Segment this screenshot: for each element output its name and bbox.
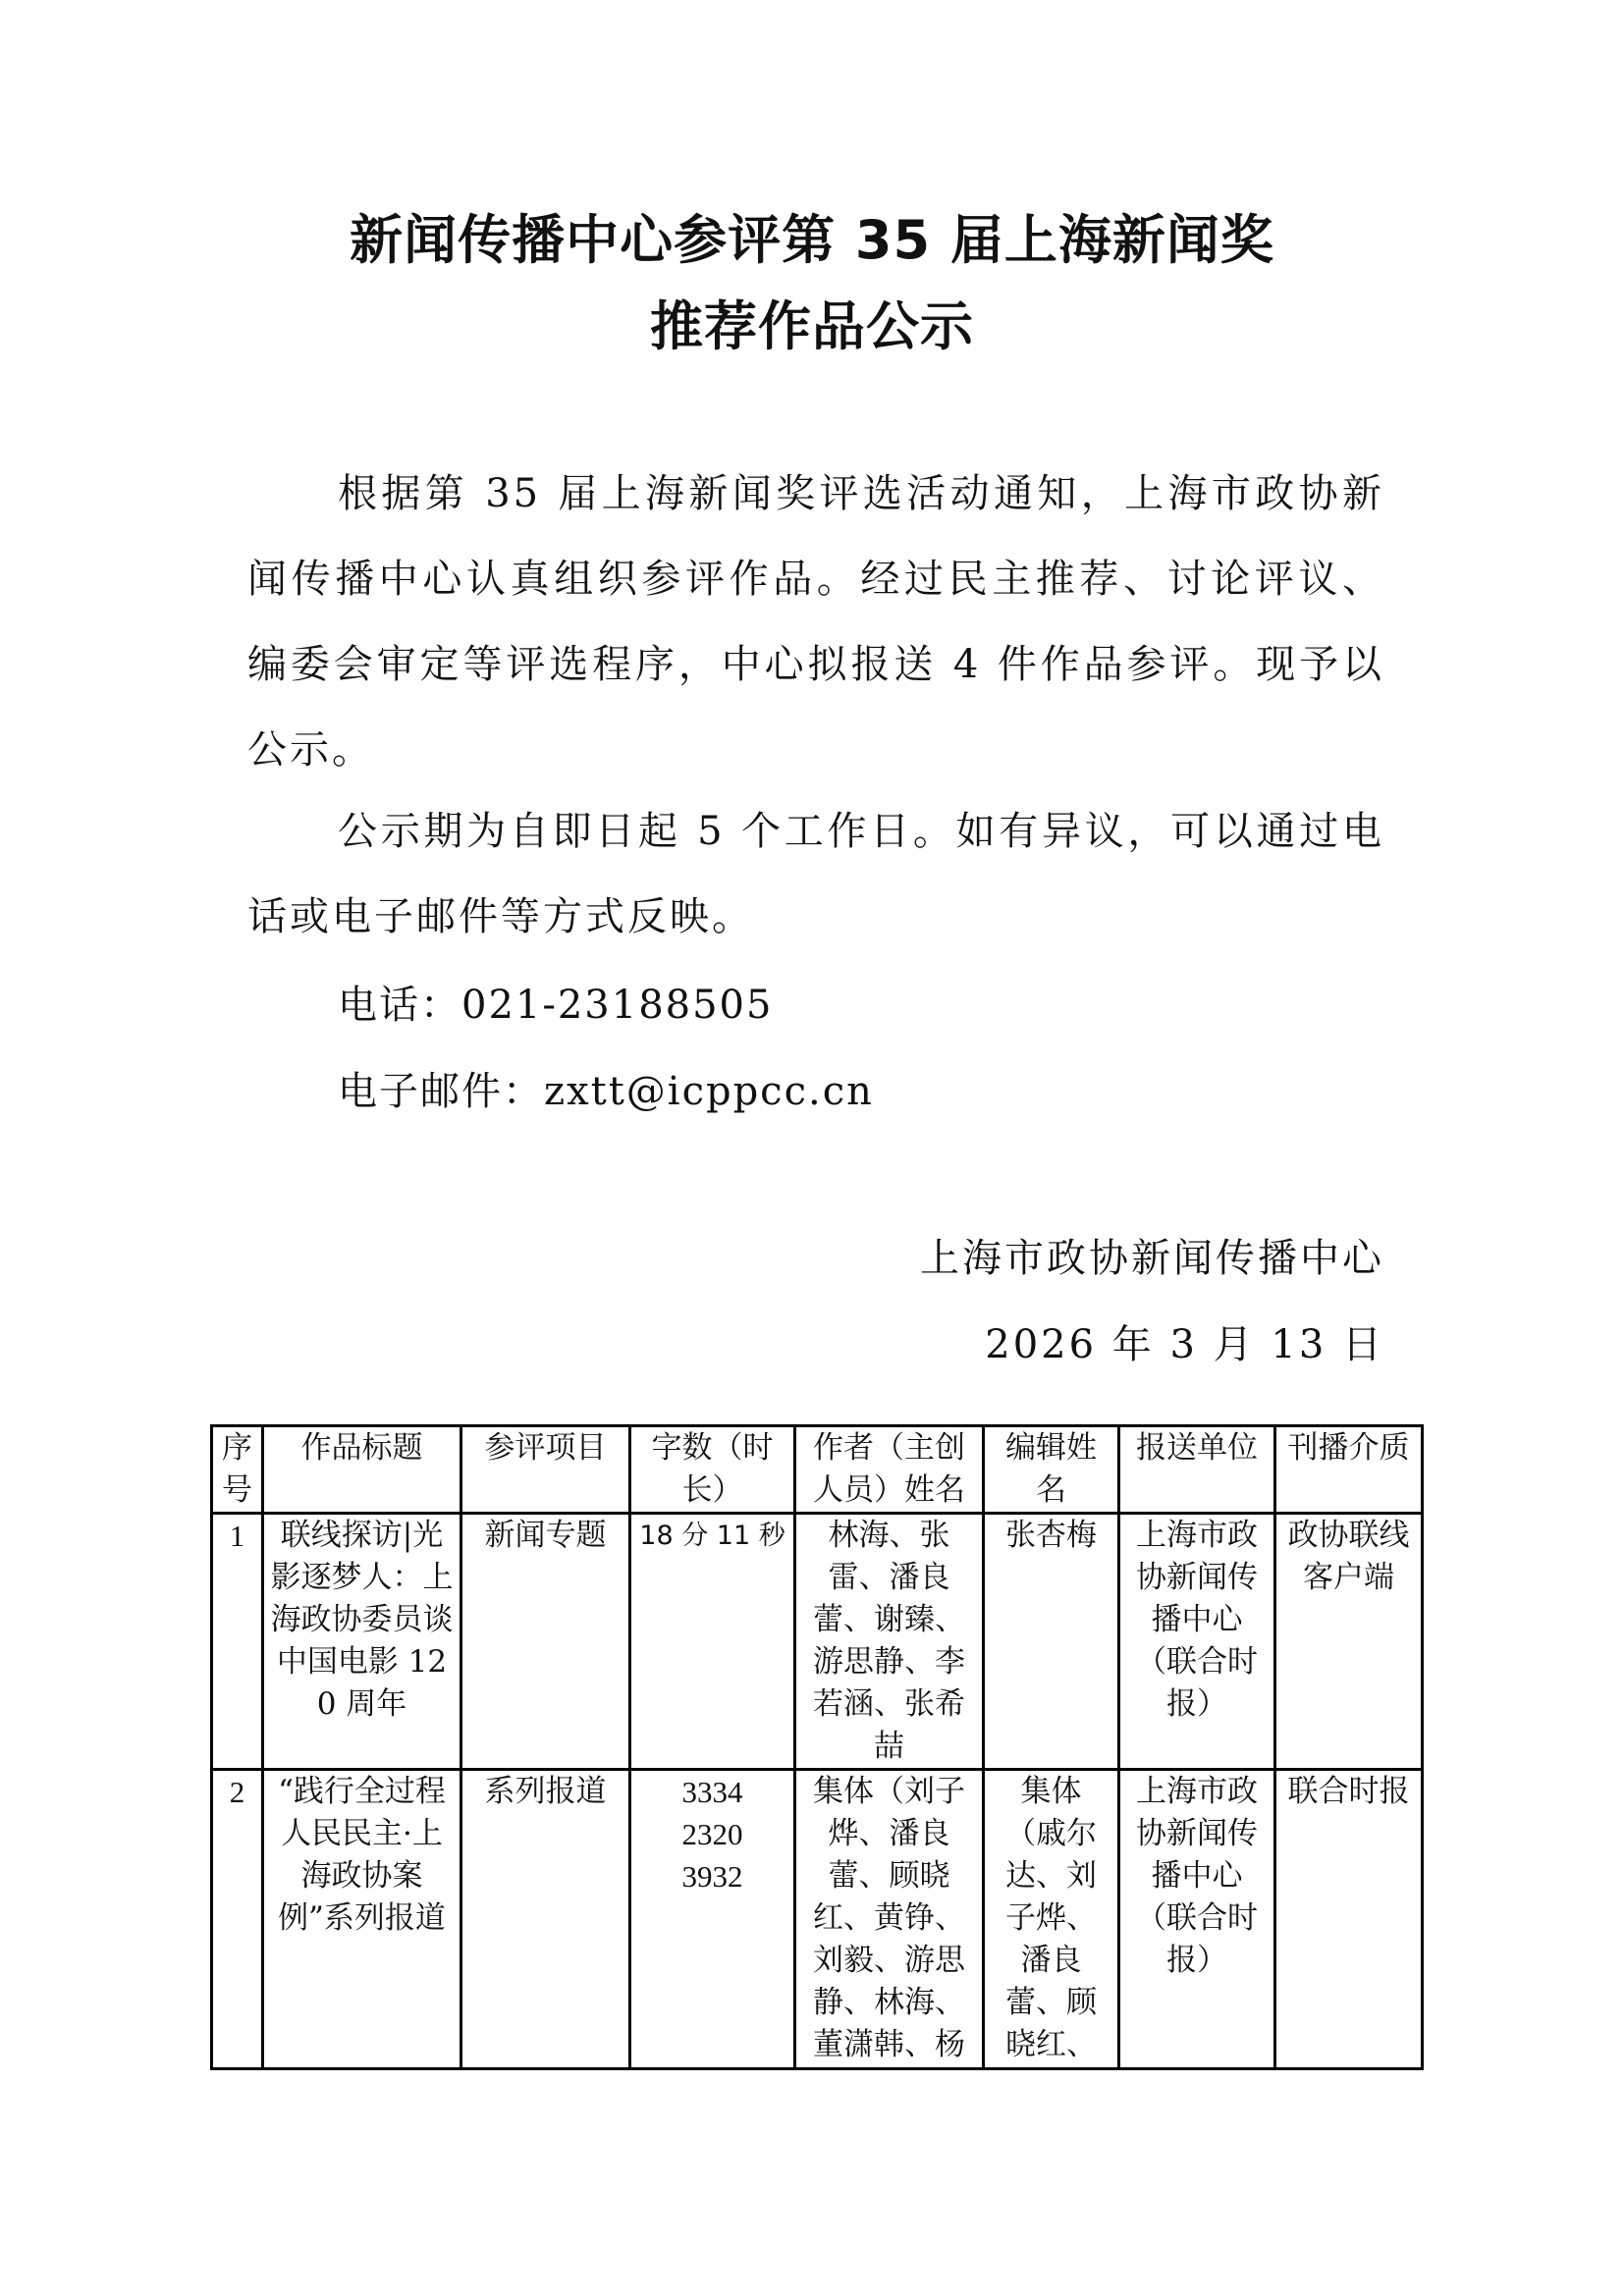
- header-title: 作品标题: [263, 1426, 461, 1514]
- cell-unit: 上海市政协新闻传播中心（联合时报）: [1119, 1514, 1275, 1770]
- length-part-1: 3334: [637, 1771, 787, 1813]
- signature-date: 2026 年 3 月 13 日: [985, 1325, 1384, 1364]
- objection-paragraph: 公示期为自即日起 5 个工作日。如有异议，可以通过电话或电子邮件等方式反映。: [247, 789, 1384, 960]
- cell-length: 18 分 11 秒: [630, 1514, 795, 1770]
- cell-category: 系列报道: [461, 1770, 630, 2069]
- cell-no: 1: [212, 1514, 263, 1770]
- length-part-2: 2320: [637, 1813, 787, 1855]
- header-unit: 报送单位: [1119, 1426, 1275, 1514]
- page-title: 新闻传播中心参评第 35 届上海新闻奖: [0, 214, 1624, 267]
- cell-no: 2: [212, 1770, 263, 2069]
- header-no: 序号: [212, 1426, 263, 1514]
- cell-medium: 政协联线客户端: [1275, 1514, 1423, 1770]
- cell-authors: 集体（刘子烨、潘良蕾、顾晓红、黄铮、刘毅、游思静、林海、董潇韩、杨: [795, 1770, 984, 2069]
- header-editors: 编辑姓名: [984, 1426, 1119, 1514]
- header-category: 参评项目: [461, 1426, 630, 1514]
- header-medium: 刊播介质: [1275, 1426, 1423, 1514]
- cell-category: 新闻专题: [461, 1514, 630, 1770]
- cell-editors: 集体（戚尔达、刘子烨、潘良蕾、顾晓红、: [984, 1770, 1119, 2069]
- contact-email: 电子邮件：zxtt@icppcc.cn: [338, 1072, 874, 1111]
- signature-organization: 上海市政协新闻传播中心: [920, 1239, 1384, 1278]
- table-row: 2 “践行全过程人民民主·上海政协案例”系列报道 系列报道 3334 2320 …: [212, 1770, 1423, 2069]
- page-subtitle: 推荐作品公示: [0, 300, 1624, 353]
- cell-title: “践行全过程人民民主·上海政协案例”系列报道: [263, 1770, 461, 2069]
- header-authors: 作者（主创人员）姓名: [795, 1426, 984, 1514]
- cell-medium: 联合时报: [1275, 1770, 1423, 2069]
- cell-title: 联线探访|光影逐梦人：上海政协委员谈中国电影 120 周年: [263, 1514, 461, 1770]
- cell-length: 3334 2320 3932: [630, 1770, 795, 2069]
- cell-authors: 林海、张雷、潘良蕾、谢臻、游思静、李若涵、张希喆: [795, 1514, 984, 1770]
- header-length: 字数（时长）: [630, 1426, 795, 1514]
- table-row: 1 联线探访|光影逐梦人：上海政协委员谈中国电影 120 周年 新闻专题 18 …: [212, 1514, 1423, 1770]
- nominated-works-table: 序号 作品标题 参评项目 字数（时长） 作者（主创人员）姓名 编辑姓名 报送单位…: [210, 1424, 1424, 2070]
- contact-phone: 电话：021-23188505: [338, 986, 773, 1025]
- cell-editors: 张杏梅: [984, 1514, 1119, 1770]
- length-part-3: 3932: [637, 1855, 787, 1897]
- cell-unit: 上海市政协新闻传播中心（联合时报）: [1119, 1770, 1275, 2069]
- intro-paragraph: 根据第 35 届上海新闻奖评选活动通知，上海市政协新闻传播中心认真组织参评作品。…: [247, 452, 1384, 793]
- table-header-row: 序号 作品标题 参评项目 字数（时长） 作者（主创人员）姓名 编辑姓名 报送单位…: [212, 1426, 1423, 1514]
